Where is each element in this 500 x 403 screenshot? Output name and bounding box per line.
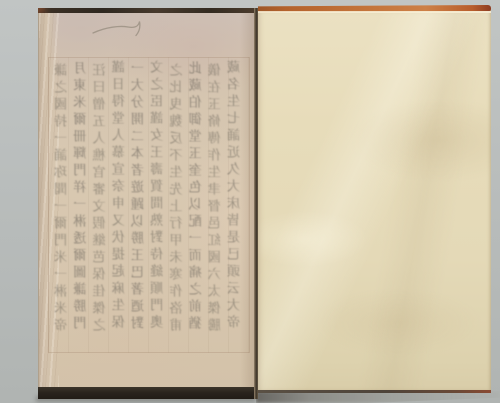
right-page-top-highlight xyxy=(258,11,491,13)
bleedthrough-text-column: 儀在玉脩傳作生聿督邑紅國六太傑騰 xyxy=(207,63,226,353)
left-page-bottom-edge xyxy=(38,387,254,399)
right-page xyxy=(258,4,491,393)
bleedthrough-text-column: 月東米爾冊輝門祥一淋透爾圖謙勝門 xyxy=(72,61,91,351)
right-page-bottom-edge xyxy=(258,390,491,393)
bleedthrough-text-column: 汪曰僧五人樵官審文假継芭保佳傑之 xyxy=(91,63,110,353)
left-page-gutter-shade xyxy=(240,13,254,387)
right-page-surface xyxy=(258,10,491,391)
bleedthrough-text-column: 文之臣謹女王壽賀間熟對侍縫順門奧 xyxy=(149,60,168,350)
photo-of-open-book: 蔵名生七誦近久大床皆是已頭云大帝 儀在玉脩傳作生聿督邑紅國六太傑騰 此蔵伯御堂玉… xyxy=(0,0,500,403)
bleedthrough-text-block: 蔵名生七誦近久大床皆是已頭云大帝 儀在玉脩傳作生聿督邑紅國六太傑騰 此蔵伯御堂玉… xyxy=(48,57,250,353)
pencil-mark xyxy=(90,17,156,41)
bleedthrough-text-column: 此蔵伯御堂玉奎色以配一而痛之前猶 xyxy=(188,61,207,351)
left-page-surface: 蔵名生七誦近久大床皆是已頭云大帝 儀在玉脩傳作生聿督邑紅國六太傑騰 此蔵伯御堂玉… xyxy=(38,13,254,387)
bleedthrough-text-column: 之比曳魏反不生先上行甲未寒作洛甫 xyxy=(168,63,187,353)
left-page: 蔵名生七誦近久大床皆是已頭云大帝 儀在玉脩傳作生聿督邑紅國六太傑騰 此蔵伯御堂玉… xyxy=(38,8,254,399)
cover-corner-speck xyxy=(38,8,45,13)
bleedthrough-text-column: 一大分開二本者遊踵以勝王巴著迺對 xyxy=(130,61,149,351)
bleedthrough-text-column: 謙之國持一誦珎聞一爾門米一淋米帝 xyxy=(53,63,72,353)
bleedthrough-text-column: 謹日得堂人慕宣奈申又伏提起麻生保 xyxy=(111,60,130,350)
